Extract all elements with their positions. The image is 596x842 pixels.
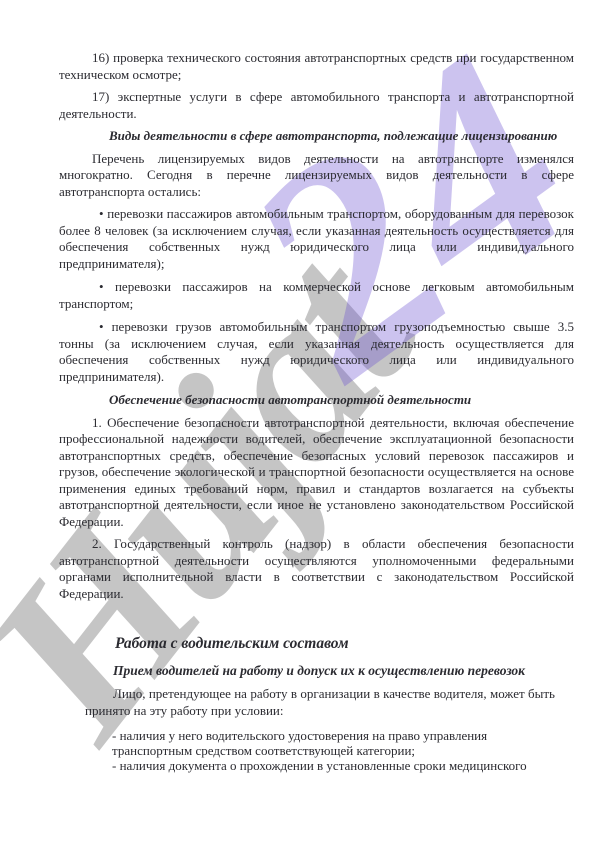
dash-item-medical: - наличия документа о прохождении в уста…	[112, 758, 555, 773]
paragraph-item-16: 16) проверка технического состояния авто…	[59, 50, 574, 83]
heading-safety: Обеспечение безопасности автотранспортно…	[59, 392, 574, 409]
paragraph-license-intro: Перечень лицензируемых видов деятельност…	[59, 151, 574, 201]
bullet-cargo: • перевозки грузов автомобильным транспо…	[59, 319, 574, 385]
heading-driver-hiring: Прием водителей на работу и допуск их к …	[85, 662, 555, 679]
bullet-passenger-bus: • перевозки пассажиров автомобильным тра…	[59, 206, 574, 272]
paragraph-safety-2: 2. Государственный контроль (надзор) в о…	[59, 536, 574, 602]
document-page: Hujat 24 16) проверка технического состо…	[0, 0, 596, 842]
bullet-passenger-commercial: • перевозки пассажиров на коммерческой о…	[59, 279, 574, 312]
paragraph-safety-1: 1. Обеспечение безопасности автотранспор…	[59, 415, 574, 531]
dash-item-license: - наличия у него водительского удостовер…	[112, 728, 555, 758]
dash-list: - наличия у него водительского удостовер…	[112, 728, 555, 773]
document-content: 16) проверка технического состояния авто…	[59, 50, 574, 773]
paragraph-hiring-intro: Лицо, претендующее на работу в организац…	[85, 686, 555, 719]
paragraph-item-17: 17) экспертные услуги в сфере автомобиль…	[59, 89, 574, 122]
heading-licensed-activities: Виды деятельности в сфере автотранспорта…	[59, 128, 574, 145]
section-driver-staff: Работа с водительским составом Прием вод…	[85, 634, 555, 773]
heading-driver-staff: Работа с водительским составом	[85, 634, 555, 654]
